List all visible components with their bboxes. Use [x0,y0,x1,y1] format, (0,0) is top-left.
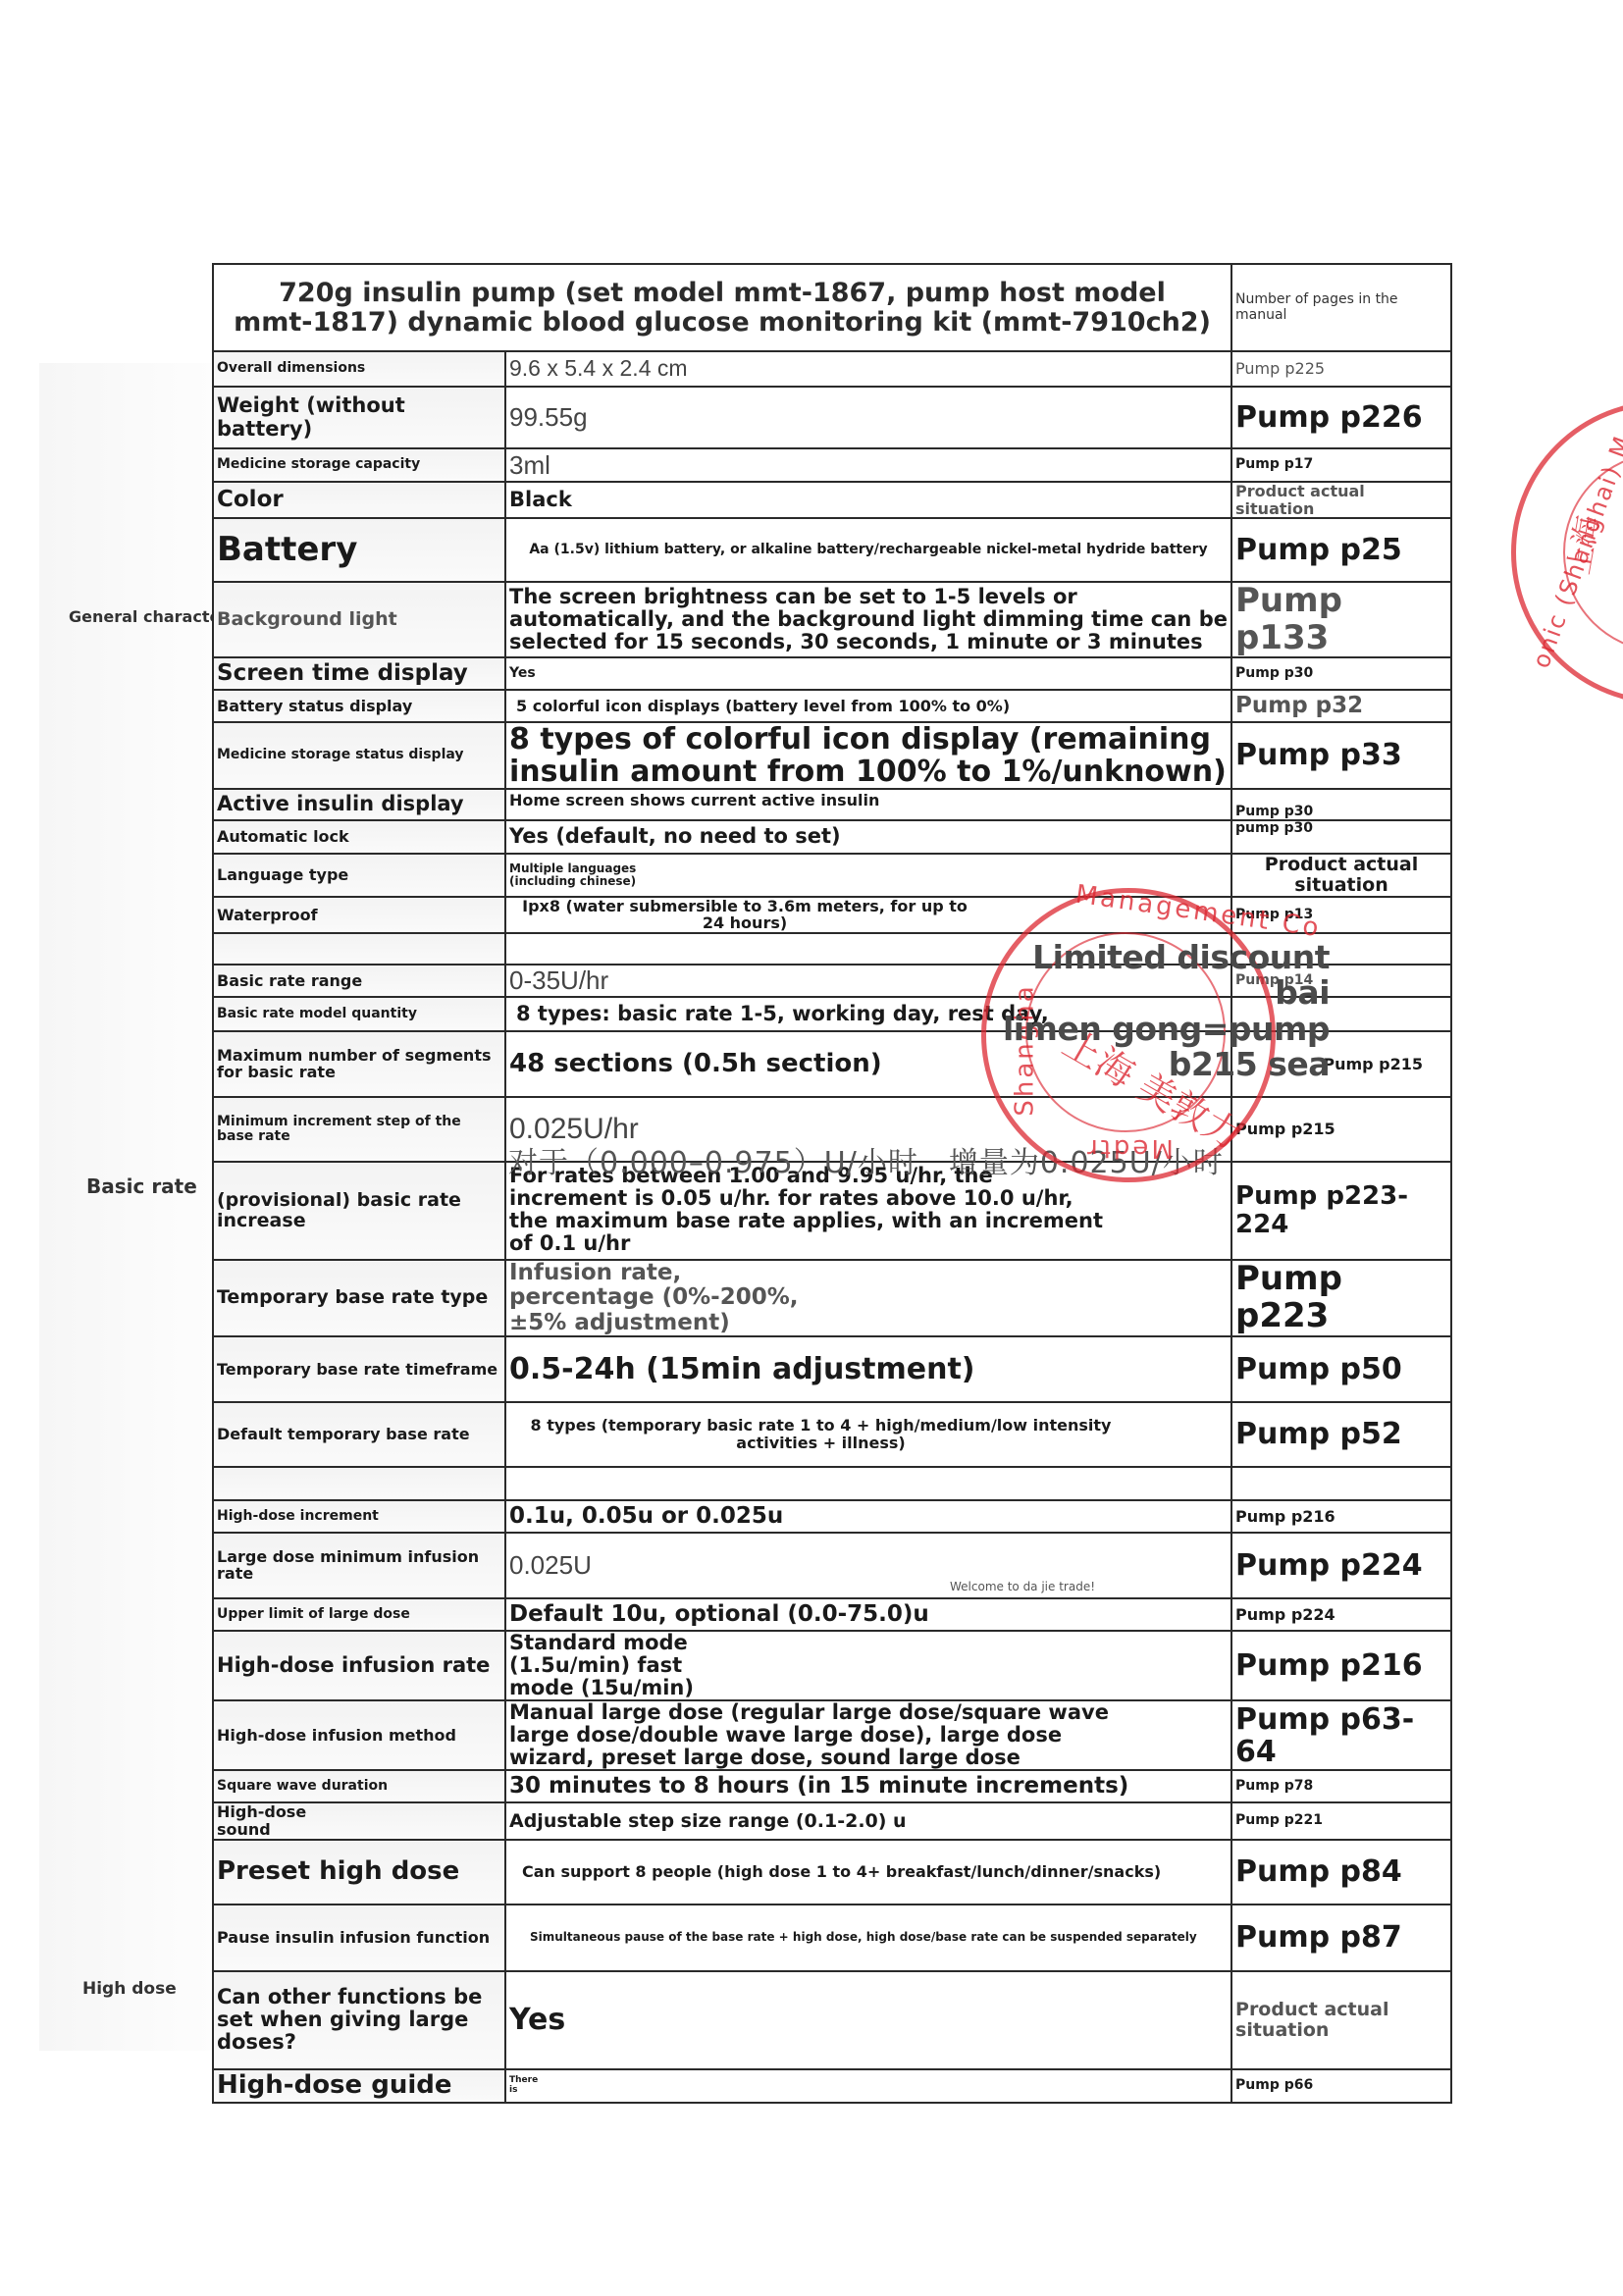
page-cell: Pump p221 [1231,1802,1451,1839]
table-row: High-dose guide There is Pump p66 [213,2069,1451,2103]
feature-cell: Minimum increment step of the base rate [213,1097,505,1162]
value-cell: 99.55g [505,387,1231,448]
table-row: High-dose infusion method Manual large d… [213,1700,1451,1770]
value-cell: Yes [505,1971,1231,2069]
feature-cell: Default temporary base rate [213,1402,505,1467]
value-cell: 0.025U [505,1533,1231,1598]
feature-cell: Medicine storage capacity [213,448,505,482]
value-text: Ipx8 (water submersible to 3.6m meters, … [519,898,970,932]
page-cell: Product actual situation [1231,1971,1451,2069]
page-cell: Pump p84 [1231,1840,1451,1905]
value-cell: Standard mode (1.5u/min) fast mode (15u/… [505,1631,1231,1700]
company-seal-stamp-edge: onic (Shanghai) M 上海 [1511,400,1623,704]
value-cell: 30 minutes to 8 hours (in 15 minute incr… [505,1770,1231,1802]
page-cell: Product actual situation [1231,482,1451,518]
feature-cell: Square wave duration [213,1770,505,1802]
value-cell: 8 types (temporary basic rate 1 to 4 + h… [505,1402,1231,1467]
value-text: Multiple languages (including chinese) [509,862,706,888]
table-row: Overall dimensions 9.6 x 5.4 x 2.4 cm Pu… [213,351,1451,387]
value-text: There is [509,2076,539,2096]
page-cell: Pump p224 [1231,1598,1451,1631]
table-row: Preset high dose Can support 8 people (h… [213,1840,1451,1905]
table-row: Active insulin display Home screen shows… [213,789,1451,820]
page-cell: Pump p30 [1231,657,1451,690]
feature-cell: Waterproof [213,897,505,933]
title-line-1: 720g insulin pump (set model mmt-1867, p… [217,279,1228,308]
feature-cell: Temporary base rate type [213,1260,505,1336]
page-cell [1231,1467,1451,1500]
feature-cell: Preset high dose [213,1840,505,1905]
value-cell: Black [505,482,1231,518]
page-cell: Product actual situation [1231,854,1451,897]
page-cell: Pump p32 [1231,690,1451,722]
page-cell: Pump p223-224 [1231,1162,1451,1260]
feature-cell: Automatic lock [213,820,505,854]
value-cell: Infusion rate, percentage (0%-200%, ±5% … [505,1260,1231,1336]
feature-cell: High-dose increment [213,1500,505,1533]
feature-cell: Active insulin display [213,789,505,820]
value-cell: Adjustable step size range (0.1-2.0) u [505,1802,1231,1839]
feature-cell: Battery [213,518,505,582]
value-cell: Can support 8 people (high dose 1 to 4+ … [505,1840,1231,1905]
spec-table: 720g insulin pump (set model mmt-1867, p… [212,263,1452,2104]
promo-line-1: Limited discount bai [991,940,1330,1012]
table-row: Upper limit of large dose Default 10u, o… [213,1598,1451,1631]
value-cell: The screen brightness can be set to 1-5 … [505,582,1231,657]
page-cell: Pump p30 [1231,789,1451,820]
value-cell: 0.1u, 0.05u or 0.025u [505,1500,1231,1533]
value-cell: 3ml [505,448,1231,482]
page-cell: Pump p226 [1231,387,1451,448]
promo-overlay: Limited discount bai limen gong=pump b21… [991,940,1330,1082]
table-row: Background light The screen brightness c… [213,582,1451,657]
table-row: Medicine storage status display 8 types … [213,722,1451,789]
table-row: Color Black Product actual situation [213,482,1451,518]
value-cell: Yes (default, no need to set) [505,820,1231,854]
feature-cell: Weight (without battery) [213,387,505,448]
page-cell: Pump p216 [1231,1631,1451,1700]
table-row: Temporary base rate timeframe 0.5-24h (1… [213,1336,1451,1402]
feature-cell: High-dose infusion rate [213,1631,505,1700]
page-cell: Pump p50 [1231,1336,1451,1402]
title-line-2: mmt-1817) dynamic blood glucose monitori… [217,308,1228,338]
table-row: Battery Aa (1.5v) lithium battery, or al… [213,518,1451,582]
value-cell [505,1467,1231,1500]
table-row: Large dose minimum infusion rate 0.025U … [213,1533,1451,1598]
table-row: Battery status display 5 colorful icon d… [213,690,1451,722]
table-row: High-dose infusion rate Standard mode (1… [213,1631,1451,1700]
feature-cell: Basic rate model quantity [213,997,505,1031]
page-cell: Pump p25 [1231,518,1451,582]
feature-cell: High-dose sound [213,1802,505,1839]
value-cell: Home screen shows current active insulin [505,789,1231,820]
value-cell: Yes [505,657,1231,690]
promo-line-3: b215 sea [991,1047,1330,1082]
spec-sheet-page: General characteristics Basic rate High … [0,0,1623,2296]
page-cell: Pump p66 [1231,2069,1451,2103]
value-cell: Aa (1.5v) lithium battery, or alkaline b… [505,518,1231,582]
page-cell: Pump p216 [1231,1500,1451,1533]
table-row: Weight (without battery) 99.55g Pump p22… [213,387,1451,448]
table-row: Medicine storage capacity 3ml Pump p17 [213,448,1451,482]
page-cell: Pump p87 [1231,1905,1451,1971]
page-cell: Pump p63-64 [1231,1700,1451,1770]
section-label-basic-rate: Basic rate [86,1175,197,1198]
page-cell: Pump p52 [1231,1402,1451,1467]
page-cell: Pump p78 [1231,1770,1451,1802]
value-cell: 0.5-24h (15min adjustment) [505,1336,1231,1402]
feature-cell: High-dose infusion method [213,1700,505,1770]
feature-cell [213,933,505,965]
feature-cell: (provisional) basic rate increase [213,1162,505,1260]
feature-cell: High-dose guide [213,2069,505,2103]
section-label-high-dose: High dose [82,1980,177,2000]
page-cell: Pump p33 [1231,722,1451,789]
value-cell: 8 types of colorful icon display (remain… [505,722,1231,789]
feature-cell: Battery status display [213,690,505,722]
feature-cell: Medicine storage status display [213,722,505,789]
promo-line-2: limen gong=pump [991,1012,1330,1047]
feature-cell: Background light [213,582,505,657]
table-row: Screen time display Yes Pump p30 [213,657,1451,690]
feature-cell: Screen time display [213,657,505,690]
feature-cell: Maximum number of segments for basic rat… [213,1031,505,1097]
table-row: High-dose increment 0.1u, 0.05u or 0.025… [213,1500,1451,1533]
feature-cell: Temporary base rate timeframe [213,1336,505,1402]
table-row: High-dose sound Adjustable step size ran… [213,1802,1451,1839]
pages-column-header: Number of pages in the manual [1231,264,1451,351]
feature-cell: Color [213,482,505,518]
table-row-empty [213,1467,1451,1500]
welcome-watermark: Welcome to da jie trade! [950,1580,1095,1593]
page-cell: Pump p223 [1231,1260,1451,1336]
table-row: Pause insulin infusion function Simultan… [213,1905,1451,1971]
table-row: Can other functions be set when giving l… [213,1971,1451,2069]
page-cell: pump p30 [1231,820,1451,854]
table-row: Default temporary base rate 8 types (tem… [213,1402,1451,1467]
seal-text-bottom: Medtr [1084,1133,1174,1163]
feature-text: High-dose sound [217,1803,325,1838]
feature-cell: Can other functions be set when giving l… [213,1971,505,2069]
value-cell: Default 10u, optional (0.0-75.0)u [505,1598,1231,1631]
feature-cell [213,1467,505,1500]
value-cell: 5 colorful icon displays (battery level … [505,690,1231,722]
page-cell: Pump p133 [1231,582,1451,657]
feature-cell: Language type [213,854,505,897]
table-row: Square wave duration 30 minutes to 8 hou… [213,1770,1451,1802]
page-cell: Pump p225 [1231,351,1451,387]
page-cell: Pump p215 [1231,1097,1451,1162]
table-header-row: 720g insulin pump (set model mmt-1867, p… [213,264,1451,351]
table-row: Automatic lock Yes (default, no need to … [213,820,1451,854]
feature-cell: Large dose minimum infusion rate [213,1533,505,1598]
page-cell: Pump p17 [1231,448,1451,482]
feature-cell: Basic rate range [213,965,505,997]
value-cell: Simultaneous pause of the base rate + hi… [505,1905,1231,1971]
table-row: Language type Multiple languages (includ… [213,854,1451,897]
value-cell: There is [505,2069,1231,2103]
page-cell: Pump p224 [1231,1533,1451,1598]
feature-cell: Upper limit of large dose [213,1598,505,1631]
document-title: 720g insulin pump (set model mmt-1867, p… [213,264,1231,351]
value-cell: Manual large dose (regular large dose/sq… [505,1700,1231,1770]
value-cell: 9.6 x 5.4 x 2.4 cm [505,351,1231,387]
feature-cell: Overall dimensions [213,351,505,387]
table-row: Temporary base rate type Infusion rate, … [213,1260,1451,1336]
feature-cell: Pause insulin infusion function [213,1905,505,1971]
